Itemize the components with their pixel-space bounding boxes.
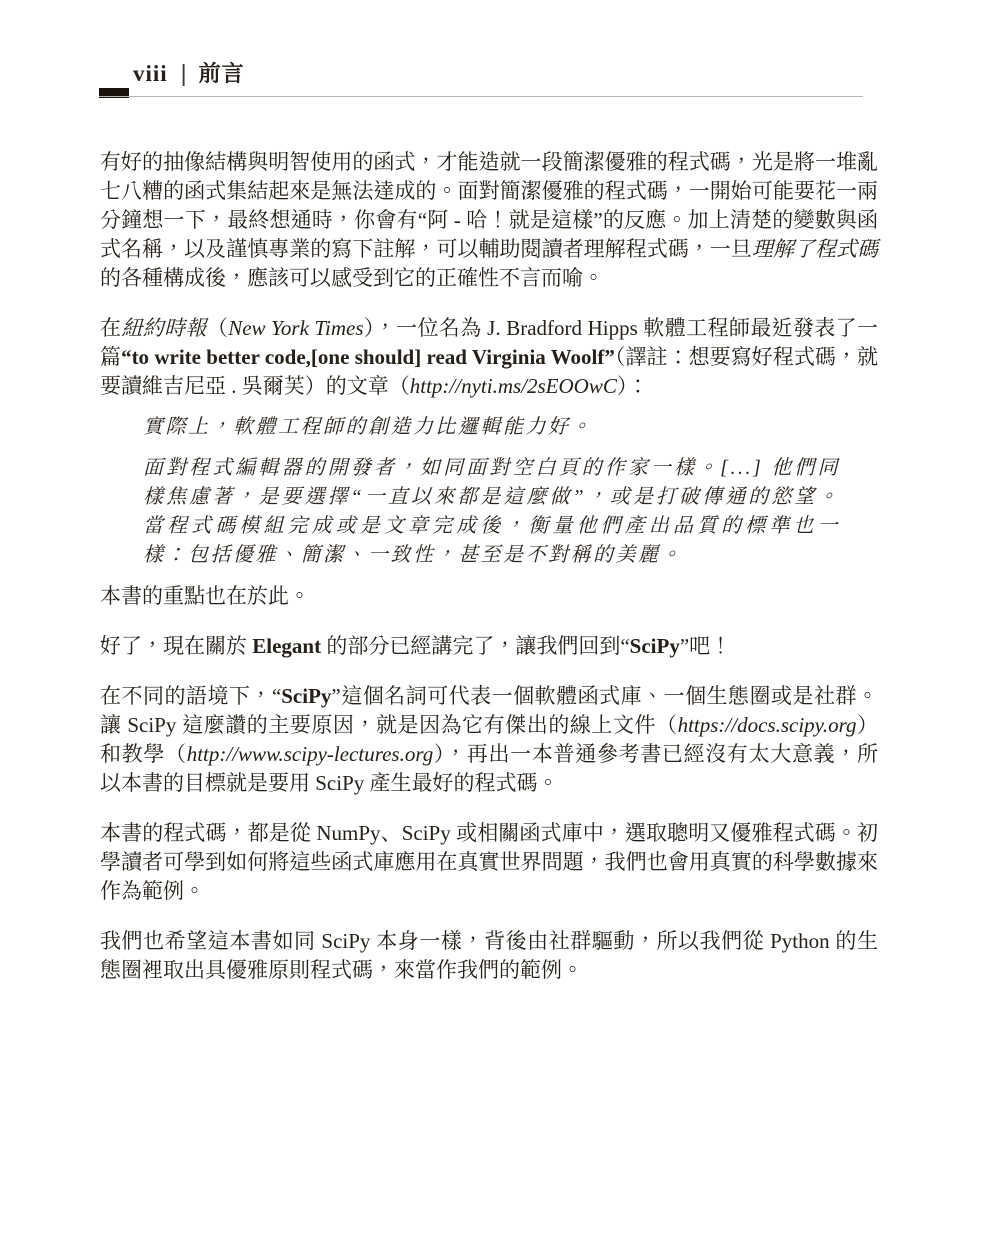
text-run: 本書的重點也在於此。	[100, 584, 310, 608]
book-page: viii|前言 有好的抽像結構與明智使用的函式，才能造就一段簡潔優雅的程式碼，光…	[0, 0, 1000, 1243]
text-run: ）：	[617, 374, 649, 398]
paragraph: 在不同的語境下，“SciPy”這個名詞可代表一個軟體函式庫、一個生態圈或是社群。…	[100, 682, 878, 798]
paragraph: 本書的程式碼，都是從 NumPy、SciPy 或相關函式庫中，選取聰明又優雅程式…	[100, 819, 878, 906]
quote-paragraph: 面對程式編輯器的開發者，如同面對空白頁的作家一樣。[...] 他們同樣焦慮著，是…	[100, 454, 878, 570]
text-run: 我們也希望這本書如同 SciPy 本身一樣，背後由社群驅動，所以我們從 Pyth…	[100, 929, 878, 982]
text-run: 在	[100, 316, 121, 340]
section-title: 前言	[199, 61, 245, 86]
text-run: 好了，現在關於	[100, 634, 252, 658]
header-rule	[99, 96, 863, 97]
text-run: 面對程式編輯器的開發者，如同面對空白頁的作家一樣。[...] 他們同樣焦慮著，是…	[143, 457, 840, 566]
header-separator: |	[168, 60, 199, 86]
text-run: 在不同的語境下，“	[100, 684, 281, 708]
text-run-italic: http://www.scipy-lectures.org	[187, 742, 434, 766]
text-run-kai: 理解了程式碼	[752, 237, 878, 261]
paragraph: 本書的重點也在於此。	[100, 582, 878, 611]
quote-paragraph: 實際上，軟體工程師的創造力比邏輯能力好。	[100, 413, 878, 442]
paragraph: 我們也希望這本書如同 SciPy 本身一樣，背後由社群驅動，所以我們從 Pyth…	[100, 927, 878, 985]
running-head: viii|前言	[133, 57, 245, 88]
text-run: 實際上，軟體工程師的創造力比邏輯能力好。	[143, 416, 593, 438]
text-run-bold: “to write better code,[one should] read …	[121, 345, 615, 369]
content: 有好的抽像結構與明智使用的函式，才能造就一段簡潔優雅的程式碼，光是將一堆亂七八糟…	[100, 148, 878, 985]
text-run: 的各種構成後，應該可以感受到它的正確性不言而喻。	[100, 266, 604, 290]
text-run-italic: https://docs.scipy.org	[678, 713, 857, 737]
text-run: （	[207, 316, 228, 340]
text-run: 本書的程式碼，都是從 NumPy、SciPy 或相關函式庫中，選取聰明又優雅程式…	[100, 821, 878, 903]
text-run-bold: Elegant	[252, 634, 321, 658]
paragraph: 好了，現在關於 Elegant 的部分已經講完了，讓我們回到“SciPy”吧！	[100, 632, 878, 661]
text-run-italic: New York Times	[228, 316, 363, 340]
text-run-bold: SciPy	[281, 684, 331, 708]
text-run-italic: http://nyti.ms/2sEOOwC	[410, 374, 617, 398]
paragraph: 有好的抽像結構與明智使用的函式，才能造就一段簡潔優雅的程式碼，光是將一堆亂七八糟…	[100, 148, 878, 293]
text-run-bold: SciPy	[630, 634, 680, 658]
page-number: viii	[133, 61, 168, 86]
paragraph: 在紐約時報（New York Times），一位名為 J. Bradford H…	[100, 314, 878, 401]
text-run: 的部分已經講完了，讓我們回到“	[321, 634, 630, 658]
text-run-kai: 紐約時報	[121, 316, 206, 340]
text-run: ”吧！	[680, 634, 731, 658]
